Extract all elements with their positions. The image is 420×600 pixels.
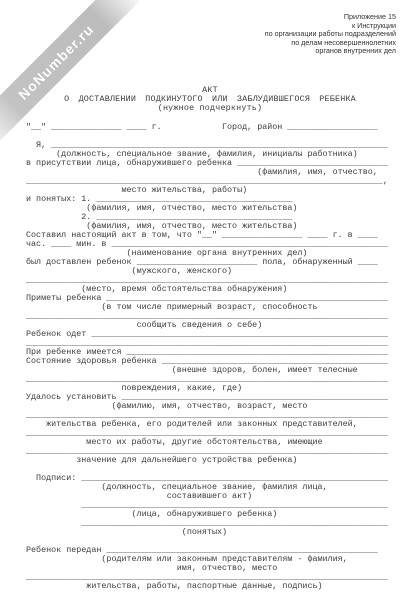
- form-line: (понятых): [26, 528, 420, 537]
- doc-title: АКТ О ДОСТАВЛЕНИИ ПОДКИНУТОГО ИЛИ ЗАБЛУД…: [0, 86, 420, 114]
- doc-title-note: (нужное подчеркнуть): [0, 104, 420, 113]
- form-line: "__" ______________ ____ г. Город, район…: [26, 123, 420, 132]
- appendix-header: Приложение 15к Инструкциипо организации …: [265, 13, 396, 56]
- form-line: жительства, работы, паспортные данные, п…: [26, 582, 420, 591]
- form-line: значение для дальнейшего устройства ребе…: [26, 456, 420, 465]
- appendix-header-line: органов внутренних дел: [265, 47, 396, 56]
- form-body: "__" ______________ ____ г. Город, район…: [26, 123, 420, 591]
- document-page: NoNumber.ru Приложение 15к Инструкциипо …: [0, 0, 420, 600]
